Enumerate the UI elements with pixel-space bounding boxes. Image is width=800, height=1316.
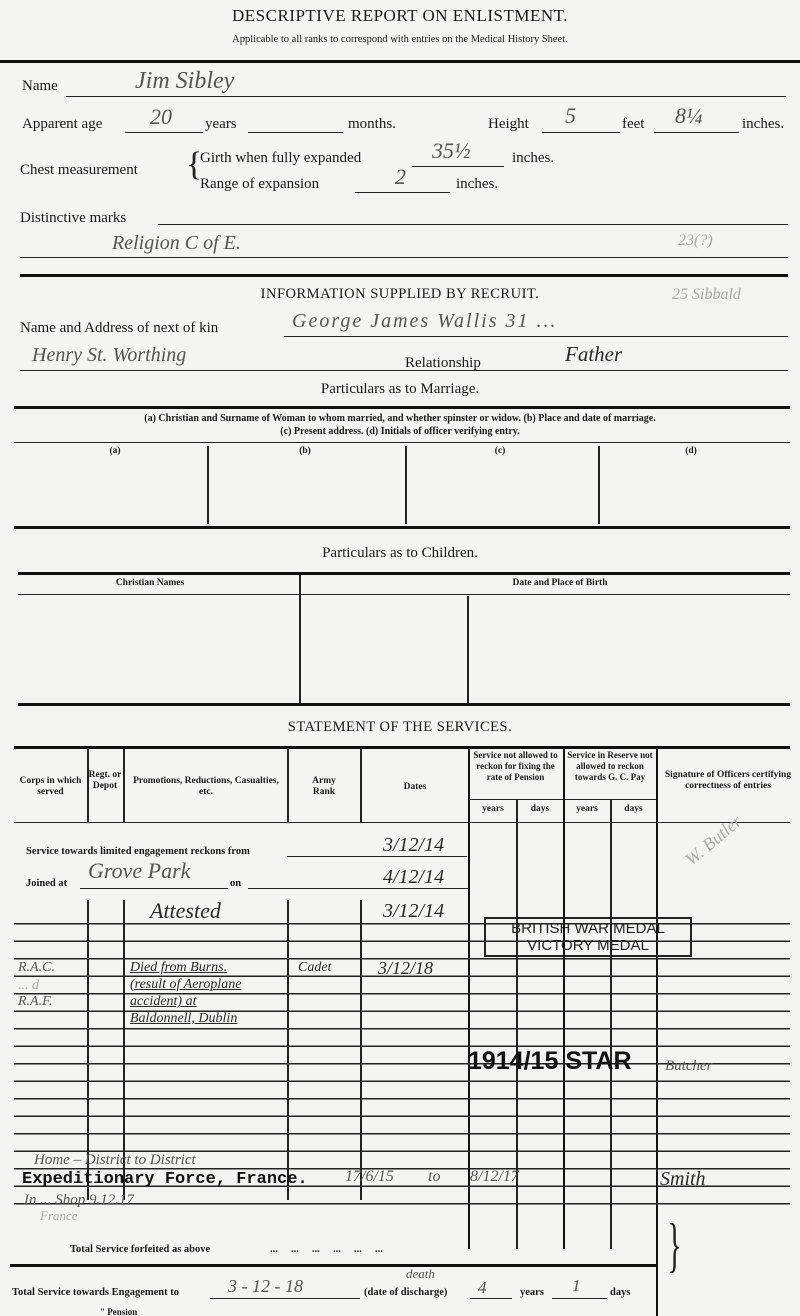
col-rank: Army Rank: [300, 776, 348, 798]
services-heading: STATEMENT OF THE SERVICES.: [0, 719, 800, 736]
range-underline: [355, 192, 450, 193]
col-promotions: Promotions, Reductions, Casualties, etc.: [128, 776, 284, 798]
name-label: Name: [22, 78, 58, 95]
total-note-above: death: [406, 1266, 435, 1282]
joined-at-underline: [80, 888, 228, 889]
signature-2: Smith: [660, 1168, 706, 1191]
children-header-rule: [18, 594, 790, 595]
marriage-divider-1: [207, 446, 209, 524]
total-years[interactable]: 4: [478, 1278, 487, 1298]
marriage-heading: Particulars as to Marriage.: [0, 381, 800, 398]
girth-unit: inches.: [512, 150, 554, 167]
bottom-cut-text: " Pension: [100, 1307, 137, 1316]
row-attested-date[interactable]: 3/12/14: [383, 900, 444, 923]
medal-stamp-line-1: BRITISH WAR MEDAL: [490, 920, 686, 937]
range-unit: inches.: [456, 176, 498, 193]
signature-3: Butcher: [665, 1058, 712, 1075]
girth-value[interactable]: 35½: [432, 138, 471, 164]
total-years-underline: [470, 1298, 512, 1299]
children-heading: Particulars as to Children.: [0, 545, 800, 562]
name-value[interactable]: Jim Sibley: [135, 68, 234, 95]
col-reserve-days: days: [611, 804, 656, 815]
row-died-corps[interactable]: R.A.C.: [18, 960, 55, 976]
forfeited-label: Total Service forfeited as above: [70, 1244, 210, 1255]
address-line-2[interactable]: Henry St. Worthing: [32, 344, 186, 367]
marks-label: Distinctive marks: [20, 210, 126, 227]
girth-underline: [412, 166, 504, 167]
hdr-divider-2: [123, 749, 125, 822]
marriage-rule-bottom: [14, 526, 790, 529]
limited-engagement-label: Service towards limited engagement recko…: [26, 846, 250, 857]
height-inches-value[interactable]: 8¼: [675, 103, 703, 129]
joined-on-label: on: [230, 878, 241, 889]
margin-note: 25 Sibbald: [672, 286, 741, 304]
home-note[interactable]: Home – District to District: [34, 1152, 196, 1169]
chest-label: Chest measurement: [20, 162, 138, 179]
row-died-promotion-3[interactable]: accident) at: [130, 994, 196, 1010]
marriage-col-a: (a): [100, 446, 130, 457]
hdr-divider-1: [87, 749, 89, 822]
hdr-divider-3: [287, 749, 289, 822]
total-date[interactable]: 3 - 12 - 18: [228, 1276, 303, 1297]
relationship-value[interactable]: Father: [565, 342, 622, 367]
header-rule: [0, 60, 800, 63]
height-inches-underline: [654, 132, 739, 133]
row-died-corps-3[interactable]: R.A.F.: [18, 994, 52, 1010]
months-label: months.: [348, 116, 396, 133]
col-pension-years: years: [470, 804, 516, 815]
marriage-header-rule: [14, 442, 790, 443]
marriage-instructions-1: (a) Christian and Surname of Woman to wh…: [0, 413, 800, 424]
document-subtitle: Applicable to all ranks to correspond wi…: [0, 34, 800, 45]
children-col-birth: Date and Place of Birth: [460, 578, 660, 589]
height-feet-value[interactable]: 5: [565, 103, 576, 129]
girth-label: Girth when fully expanded: [200, 150, 361, 167]
row-died-date[interactable]: 3/12/18: [378, 958, 433, 979]
height-label: Height: [488, 116, 529, 133]
forfeited-rule: [10, 1264, 656, 1267]
marriage-col-c: (c): [485, 446, 515, 457]
inches-label: inches.: [742, 116, 784, 133]
total-date-underline: [210, 1298, 360, 1299]
services-rule-top: [14, 746, 790, 749]
feet-label: feet: [622, 116, 644, 133]
marriage-rule-top: [14, 406, 790, 409]
children-col-names: Christian Names: [90, 578, 210, 589]
row-died-corps-2: ... d: [18, 978, 39, 994]
col-corps: Corps in which served: [14, 776, 87, 798]
col-pension-days: days: [517, 804, 563, 815]
signature-1: W. Butler: [681, 811, 746, 870]
age-years-value[interactable]: 20: [150, 104, 172, 130]
years-label: years: [205, 116, 237, 133]
star-stamp: 1914/15 STAR: [468, 1047, 632, 1076]
marriage-col-d: (d): [676, 446, 706, 457]
total-days-underline: [552, 1298, 607, 1299]
efp-stamp: Expeditionary Force, France.: [22, 1170, 308, 1189]
total-years-label: years: [520, 1287, 544, 1298]
total-days[interactable]: 1: [572, 1276, 581, 1296]
children-rule-bottom: [18, 703, 790, 706]
children-divider-2: [467, 596, 469, 703]
marks-underline-1: [158, 224, 788, 225]
row-died-promotion-4[interactable]: Baldonnell, Dublin: [130, 1011, 237, 1027]
children-divider-1: [299, 575, 301, 703]
marks-underline-2: [20, 257, 788, 258]
medal-stamp-line-2: VICTORY MEDAL: [490, 937, 686, 954]
total-label: Total Service towards Engagement to: [12, 1287, 179, 1298]
col-pension-group: Service not allowed to reckon for fixing…: [469, 750, 562, 783]
row-died-rank[interactable]: Cadet: [298, 960, 331, 976]
marks-rule: [20, 274, 788, 277]
col-dates: Dates: [370, 782, 460, 793]
efp-note[interactable]: In ... Shop 9.12.17: [24, 1192, 134, 1209]
medal-stamp: BRITISH WAR MEDAL VICTORY MEDAL: [484, 917, 692, 957]
joined-on-date[interactable]: 4/12/14: [383, 866, 444, 889]
forfeited-dots: ... ... ... ... ... ...: [270, 1244, 383, 1255]
joined-at-value[interactable]: Grove Park: [88, 858, 190, 884]
age-label: Apparent age: [22, 116, 102, 133]
age-underline: [125, 132, 203, 133]
height-feet-underline: [542, 132, 620, 133]
efp-note-2: France: [40, 1208, 78, 1224]
children-rule-top: [18, 572, 790, 575]
next-of-kin-label: Name and Address of next of kin: [20, 320, 218, 337]
range-label: Range of expansion: [200, 176, 319, 193]
efp-date-to[interactable]: 8/12/17: [470, 1168, 519, 1186]
services-header-rule: [14, 822, 790, 823]
marks-faint-note: 23(?): [678, 232, 713, 250]
document-title: DESCRIPTIVE REPORT ON ENLISTMENT.: [0, 6, 800, 26]
marriage-col-b: (b): [290, 446, 320, 457]
col-signature: Signature of Officers certifying correct…: [664, 770, 792, 792]
efp-date-from[interactable]: 17/6/15: [345, 1168, 394, 1186]
relationship-underline: [20, 370, 788, 371]
marriage-divider-3: [598, 446, 600, 524]
marriage-divider-2: [405, 446, 407, 524]
total-brace: }: [667, 1230, 681, 1260]
col-reserve-group: Service in Reserve not allowed to reckon…: [564, 750, 656, 783]
name-underline: [66, 96, 786, 97]
row-attested-promotion[interactable]: Attested: [150, 898, 221, 924]
limited-engagement-date[interactable]: 3/12/14: [383, 834, 444, 857]
next-of-kin-underline: [284, 336, 788, 337]
range-value[interactable]: 2: [395, 164, 406, 190]
months-underline: [248, 132, 343, 133]
marriage-instructions-2: (c) Present address. (d) Initials of off…: [0, 426, 800, 437]
col-regt: Regt. or Depot: [88, 770, 122, 792]
discharge-label: (date of discharge): [364, 1287, 447, 1298]
next-of-kin-value[interactable]: George James Wallis 31 ...: [292, 310, 558, 333]
row-died-promotion[interactable]: Died from Burns.: [130, 960, 227, 976]
total-days-label: days: [610, 1287, 630, 1298]
col-reserve-years: years: [564, 804, 610, 815]
efp-to: to: [428, 1168, 440, 1186]
row-died-promotion-2[interactable]: (result of Aeroplane: [130, 977, 241, 993]
marks-value[interactable]: Religion C of E.: [112, 232, 241, 255]
hdr-divider-4: [360, 749, 362, 822]
joined-at-label: Joined at: [26, 878, 67, 889]
